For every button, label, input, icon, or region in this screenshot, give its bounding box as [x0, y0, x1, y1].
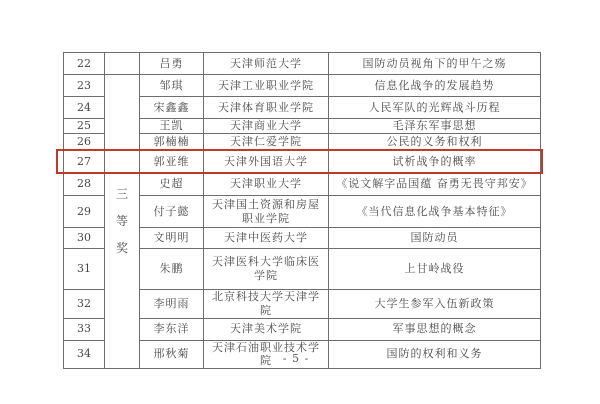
cell-title: 人民军队的光辉战斗历程 — [329, 97, 541, 119]
prize-cell-empty — [105, 53, 140, 75]
cell-school: 天津职业大学 — [204, 173, 329, 196]
cell-name: 郭楠楠 — [140, 134, 204, 151]
cell-school: 天津工业职业学院 — [204, 75, 329, 97]
cell-name: 朱鹏 — [140, 249, 204, 290]
cell-name: 吕勇 — [140, 53, 204, 75]
cell-title: 军事思想的概念 — [329, 318, 541, 340]
cell-no: 29 — [64, 196, 105, 228]
cell-no: 25 — [64, 119, 105, 134]
cell-name: 郭亚维 — [140, 151, 204, 173]
award-list-table: 22 吕勇 天津师范大学 国防动员视角下的甲午之殇 23 三 等 奖 邹琪 天津… — [63, 52, 541, 369]
cell-school: 天津美术学院 — [204, 318, 329, 340]
cell-name: 李东洋 — [140, 318, 204, 340]
cell-school: 天津商业大学 — [204, 119, 329, 134]
cell-no: 22 — [64, 53, 105, 75]
cell-school: 北京科技大学天津学院 — [204, 290, 329, 319]
cell-title: 大学生参军入伍新政策 — [329, 290, 541, 319]
cell-school: 天津体育职业学院 — [204, 97, 329, 119]
prize-label-char: 三 — [116, 181, 128, 208]
prize-label-char: 等 — [116, 208, 128, 235]
cell-name: 付子懿 — [140, 196, 204, 228]
cell-no: 23 — [64, 75, 105, 97]
cell-no: 32 — [64, 290, 105, 319]
table-row: 22 吕勇 天津师范大学 国防动员视角下的甲午之殇 — [64, 53, 541, 75]
cell-title: 公民的义务和权利 — [329, 134, 541, 151]
cell-school: 天津仁爱学院 — [204, 134, 329, 151]
third-prize-label: 三 等 奖 — [105, 181, 139, 262]
cell-title: 国防动员视角下的甲午之殇 — [329, 53, 541, 75]
table-row: 23 三 等 奖 邹琪 天津工业职业学院 信息化战争的发展趋势 — [64, 75, 541, 97]
cell-no: 26 — [64, 134, 105, 151]
prize-cell-third-prize: 三 等 奖 — [105, 75, 140, 369]
cell-school: 天津国土资源和房屋职业学院 — [204, 196, 329, 228]
cell-name: 邹琪 — [140, 75, 204, 97]
cell-no: 28 — [64, 173, 105, 196]
cell-name: 宋鑫鑫 — [140, 97, 204, 119]
cell-title: 《当代信息化战争基本特征》 — [329, 196, 541, 228]
cell-school: 天津师范大学 — [204, 53, 329, 75]
cell-title: 毛泽东军事思想 — [329, 119, 541, 134]
cell-title: 上甘岭战役 — [329, 249, 541, 290]
cell-title: 国防动员 — [329, 228, 541, 249]
cell-school: 天津医科大学临床医学院 — [204, 249, 329, 290]
cell-no: 31 — [64, 249, 105, 290]
cell-title: 《说文解字品国蕴 奋勇无畏守邦安》 — [329, 173, 541, 196]
cell-school: 天津外国语大学 — [204, 151, 329, 173]
cell-title: 信息化战争的发展趋势 — [329, 75, 541, 97]
scanned-document-page: 22 吕勇 天津师范大学 国防动员视角下的甲午之殇 23 三 等 奖 邹琪 天津… — [0, 0, 600, 404]
cell-name: 王凯 — [140, 119, 204, 134]
cell-name: 文明明 — [140, 228, 204, 249]
page-number: - 5 - — [0, 352, 592, 365]
cell-no: 30 — [64, 228, 105, 249]
cell-school: 天津中医药大学 — [204, 228, 329, 249]
cell-title: 试析战争的概率 — [329, 151, 541, 173]
cell-no: 33 — [64, 318, 105, 340]
cell-name: 史超 — [140, 173, 204, 196]
cell-name: 李明雨 — [140, 290, 204, 319]
prize-label-char: 奖 — [116, 235, 128, 262]
cell-no: 24 — [64, 97, 105, 119]
cell-no: 27 — [64, 151, 105, 173]
